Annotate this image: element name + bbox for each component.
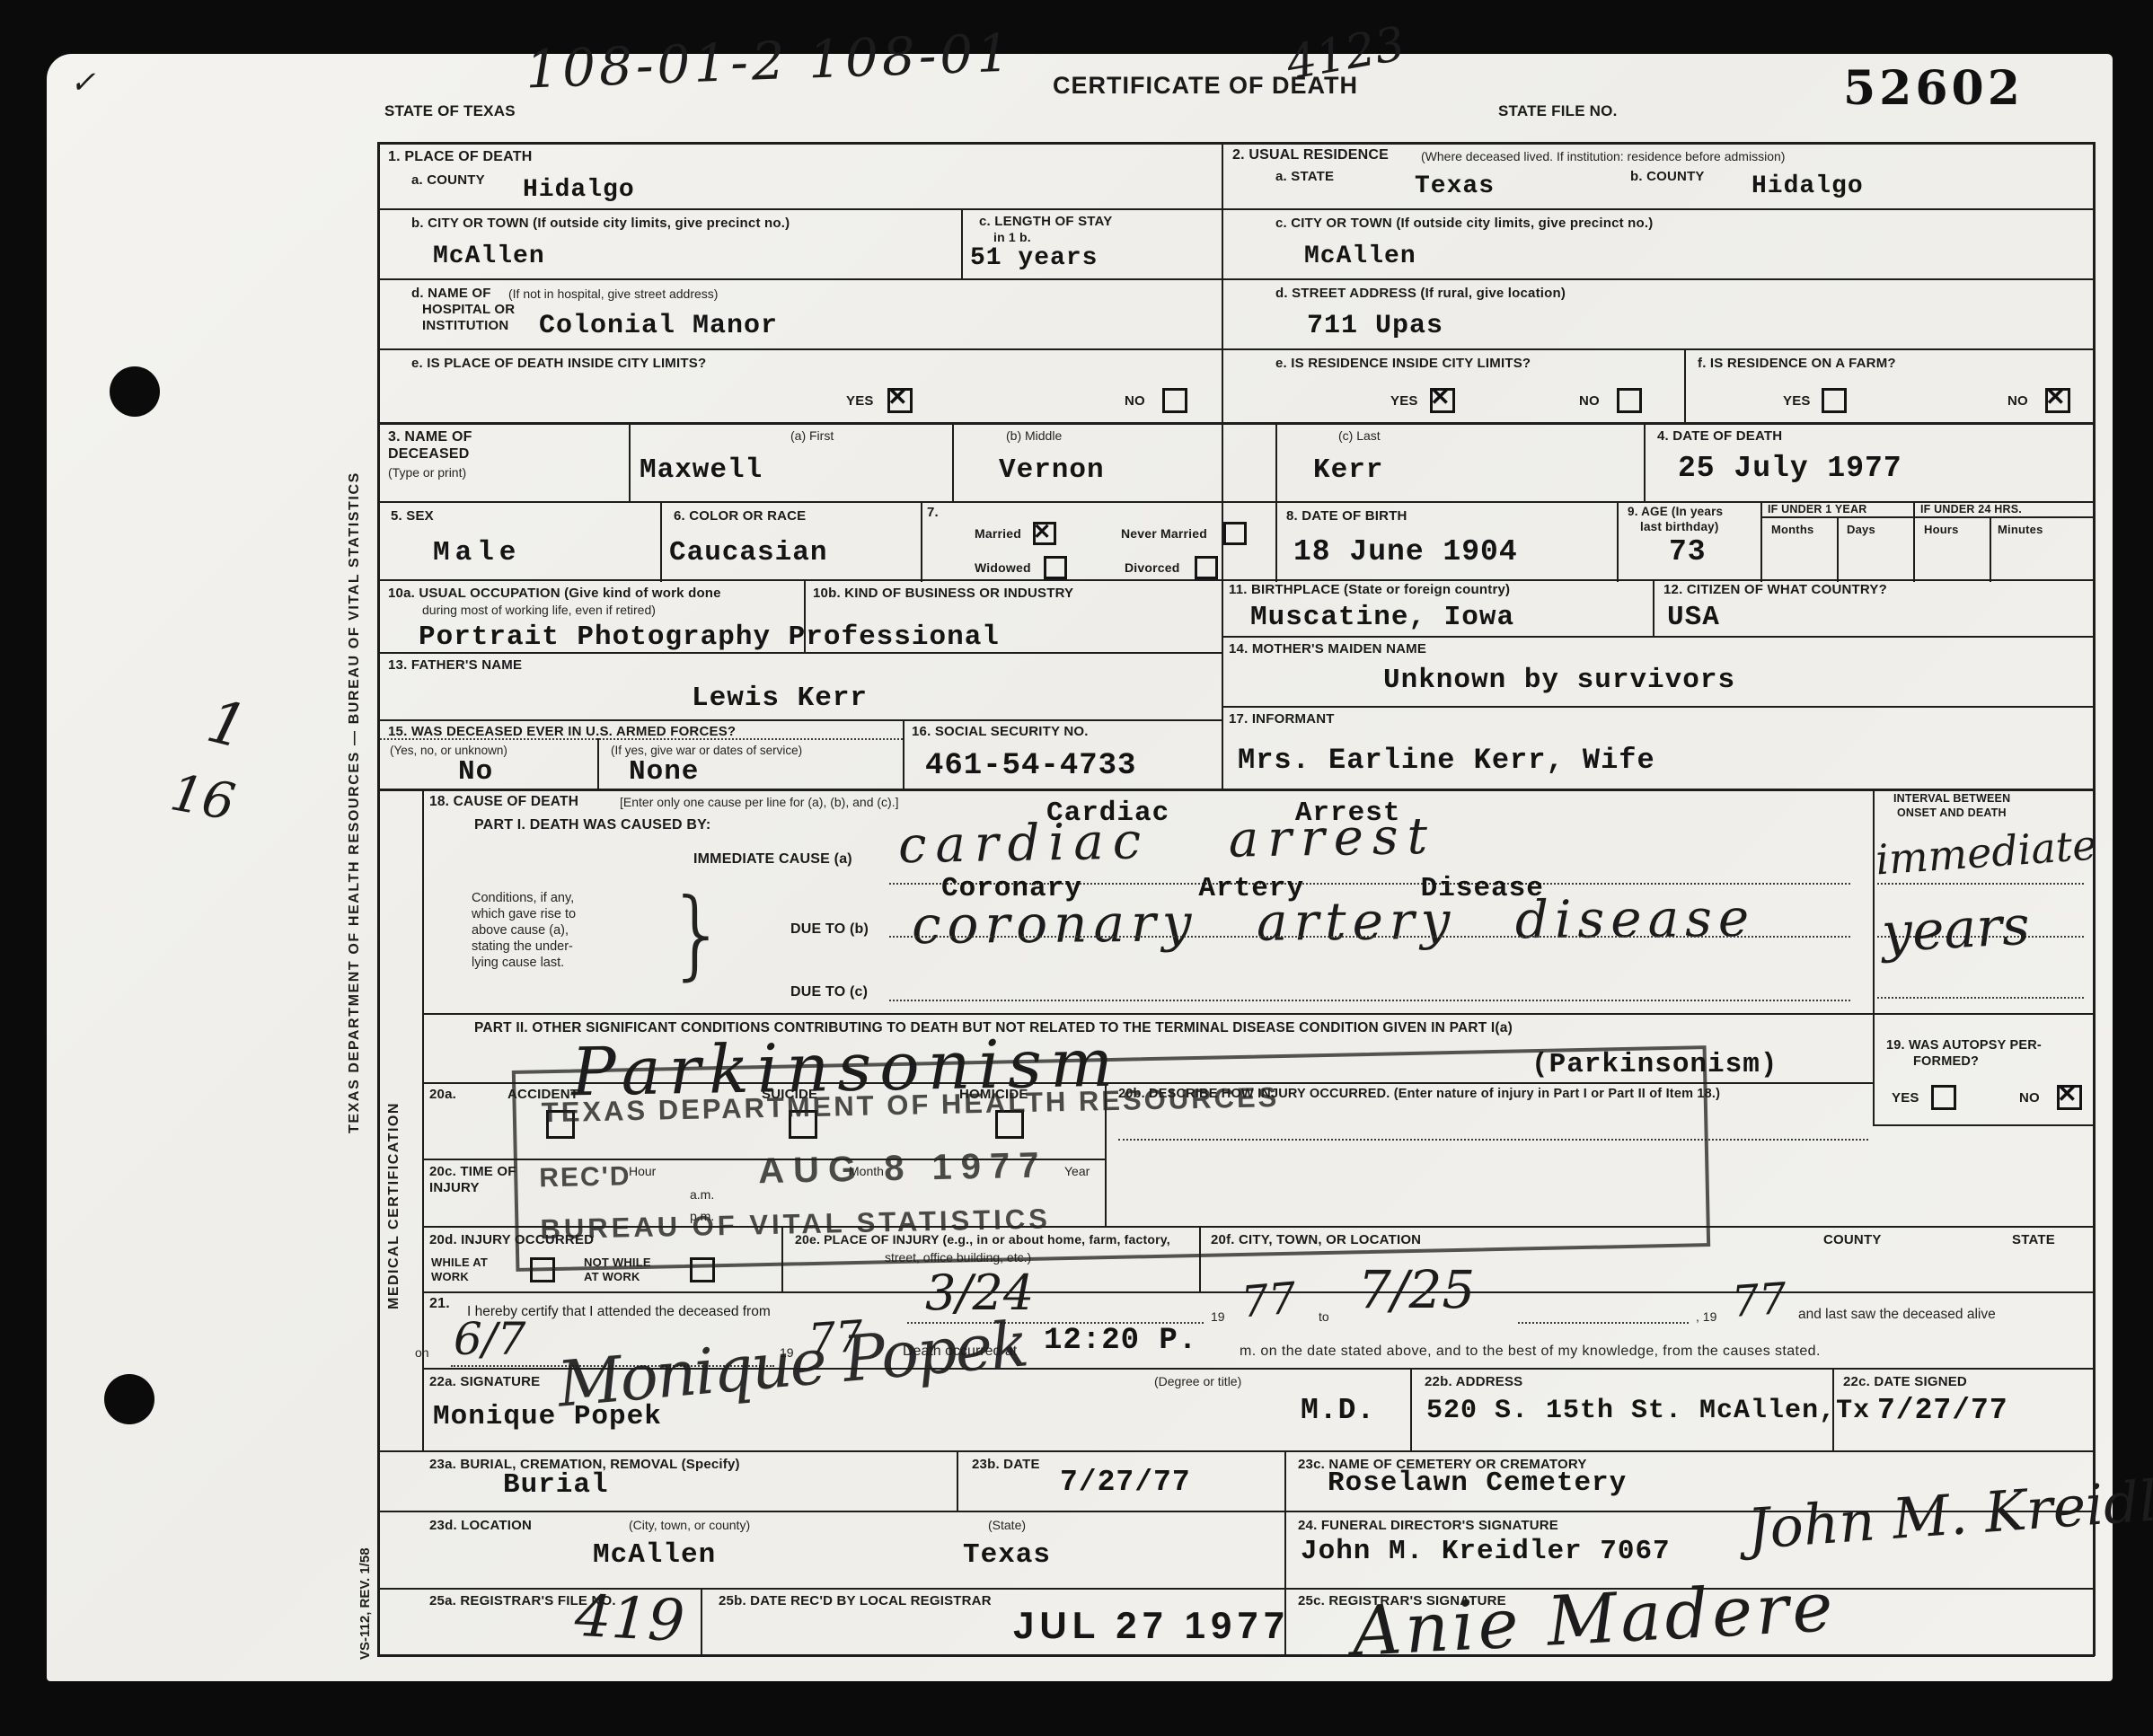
conditions-text-5: lying cause last.	[472, 956, 564, 970]
grid-line	[1837, 516, 1839, 582]
stamp-bureau-line: BUREAU OF VITAL STATISTICS	[540, 1203, 1051, 1246]
date-of-birth-value: 18 June 1904	[1293, 535, 1518, 568]
address-value: 520 S. 15th St. McAllen,Tx	[1426, 1396, 1870, 1426]
certify-19-label-1: 19	[1211, 1309, 1225, 1324]
checkbox-mark: ✕	[2057, 1080, 2078, 1108]
first-name-value: Maxwell	[640, 454, 763, 486]
residence-limits-yes-checkbox: ✕	[1430, 388, 1455, 413]
hospital-label: d. NAME OF	[411, 286, 491, 301]
degree-or-title-label: (Degree or title)	[1154, 1374, 1241, 1388]
part2-typed: (Parkinsonism)	[1531, 1049, 1778, 1080]
grid-line	[1222, 142, 1223, 790]
occupation-label-1: 10a. USUAL OCCUPATION (Give kind of work…	[388, 586, 721, 601]
industry-label: 10b. KIND OF BUSINESS OR INDUSTRY	[813, 586, 1073, 601]
writing-line-c-interval	[1877, 997, 2084, 999]
degree-value: M.D.	[1301, 1394, 1375, 1427]
residence-limits-no-label: NO	[1579, 393, 1600, 409]
funeral-director-label: 24. FUNERAL DIRECTOR'S SIGNATURE	[1298, 1518, 1558, 1533]
last-saw-text: and last saw the deceased alive	[1798, 1307, 1996, 1323]
last-name-value: Kerr	[1313, 454, 1383, 486]
conditions-text-4: stating the under-	[472, 939, 573, 954]
middle-name-label: (b) Middle	[1006, 428, 1062, 443]
farm-label: f. IS RESIDENCE ON A FARM?	[1698, 356, 1896, 371]
hospital-value: Colonial Manor	[539, 311, 778, 341]
birthplace-value: Muscatine, Iowa	[1250, 602, 1514, 633]
time-of-death-typed: 12:20 P.	[1044, 1324, 1197, 1358]
writing-line-c	[889, 1000, 1850, 1001]
burial-date-value: 7/27/77	[1060, 1466, 1191, 1499]
burial-date-label: 23b. DATE	[972, 1457, 1040, 1472]
hole-punch-bottom	[104, 1374, 154, 1424]
grid-line	[422, 1013, 2095, 1015]
burial-city-value: McAllen	[593, 1539, 716, 1571]
injury-county-label: COUNTY	[1823, 1232, 1882, 1247]
armed-forces-sub-1: (Yes, no, or unknown)	[390, 744, 507, 757]
agency-vertical-label: TEXAS DEPARTMENT OF HEALTH RESOURCES — B…	[347, 325, 363, 1133]
grid-line	[597, 738, 599, 789]
state-of-texas-label: STATE OF TEXAS	[384, 102, 516, 120]
margin-mark-16: 16	[166, 763, 239, 832]
place-limits-yes-label: YES	[846, 393, 874, 409]
age-label-2: last birthday)	[1640, 520, 1719, 533]
due-to-c-label: DUE TO (c)	[790, 984, 868, 1000]
grid-line	[1653, 579, 1654, 636]
farm-yes-label: YES	[1783, 393, 1811, 409]
interval-label-2: ONSET AND DEATH	[1897, 806, 2007, 819]
burial-location-label: 23d. LOCATION	[429, 1518, 532, 1533]
residence-limits-yes-label: YES	[1390, 393, 1418, 409]
name-label-1: 3. NAME OF	[388, 429, 472, 445]
grid-line	[1760, 501, 1762, 582]
part2-handwritten: Parkinsonism	[570, 1025, 1122, 1112]
grid-line	[629, 422, 631, 501]
grid-line	[377, 422, 2095, 425]
part1-label: PART I. DEATH WAS CAUSED BY:	[474, 817, 710, 833]
occupation-label-2: during most of working life, even if ret…	[422, 603, 656, 617]
grid-line	[660, 501, 662, 582]
while-at-work-label-2: WORK	[431, 1270, 469, 1283]
days-label: Days	[1847, 523, 1875, 536]
if-under-1-year-label: IF UNDER 1 YEAR	[1768, 503, 1866, 516]
place-limits-no-checkbox	[1162, 388, 1187, 413]
widowed-label: Widowed	[975, 560, 1031, 575]
grid-line	[1760, 516, 2095, 518]
scanned-death-certificate: ✓ 1 16 TEXAS DEPARTMENT OF HEALTH RESOUR…	[0, 0, 2153, 1736]
accident-section-label: 20a.	[429, 1087, 456, 1102]
grid-line	[1990, 516, 1991, 582]
interval-label-1: INTERVAL BETWEEN	[1893, 792, 2010, 805]
race-value: Caucasian	[669, 537, 827, 568]
year-2-handwritten: 77	[1730, 1273, 1788, 1327]
minutes-label: Minutes	[1998, 523, 2043, 536]
grid-line	[1275, 422, 1277, 582]
grid-line	[377, 348, 2095, 350]
hospital-label-2: HOSPITAL OR	[422, 302, 515, 317]
grid-line	[377, 1450, 2095, 1452]
last-saw-date-handwritten: 6/7	[454, 1313, 525, 1365]
burial-value: Burial	[503, 1469, 609, 1501]
while-at-work-label-1: WHILE AT	[431, 1256, 488, 1269]
age-label-1: 9. AGE (In years	[1628, 505, 1723, 518]
autopsy-label-1: 19. WAS AUTOPSY PER-	[1886, 1038, 2042, 1053]
attended-to-handwritten: 7/25	[1358, 1259, 1475, 1320]
injury-state-label: STATE	[2012, 1232, 2055, 1247]
middle-name-value: Vernon	[999, 454, 1105, 486]
farm-yes-checkbox	[1822, 388, 1847, 413]
due-to-b-label: DUE TO (b)	[790, 921, 869, 938]
checkbox-mark: ✕	[1033, 519, 1051, 545]
ssn-value: 461-54-4733	[925, 749, 1136, 783]
certify-text-2: m. on the date stated above, and to the …	[1240, 1344, 1821, 1360]
not-while-at-work-label-2: AT WORK	[584, 1270, 640, 1283]
divorced-label: Divorced	[1125, 560, 1180, 575]
grid-line	[961, 208, 963, 278]
first-name-label: (a) First	[790, 428, 834, 443]
grid-line	[1873, 1124, 2095, 1126]
stamp-date: AUG 8 1977	[758, 1145, 1048, 1192]
farm-no-checkbox: ✕	[2045, 388, 2070, 413]
certify-line-seg	[1518, 1322, 1689, 1324]
place-city-label: b. CITY OR TOWN (If outside city limits,…	[411, 216, 790, 231]
certify-to-label: to	[1319, 1309, 1329, 1324]
grid-line	[903, 719, 904, 789]
fathers-name-value: Lewis Kerr	[692, 683, 868, 714]
stamp-recd-label: REC'D	[539, 1161, 631, 1194]
cause-of-death-label-paren: [Enter only one cause per line for (a), …	[620, 795, 898, 809]
age-value: 73	[1669, 535, 1707, 568]
checkbox-mark: ✕	[1430, 383, 1451, 411]
certify-section-label: 21.	[429, 1296, 450, 1312]
if-under-24-hrs-label: IF UNDER 24 HRS.	[1920, 503, 2022, 516]
divorced-checkbox	[1195, 556, 1218, 579]
writing-line-b	[889, 936, 1850, 938]
married-label: Married	[975, 526, 1021, 541]
name-label-3: (Type or print)	[388, 465, 466, 480]
cause-a-handwritten: cardiac arrest	[897, 807, 1436, 875]
cemetery-value: Roselawn Cemetery	[1328, 1467, 1627, 1499]
autopsy-label-2: FORMED?	[1913, 1054, 1979, 1069]
never-married-label: Never Married	[1121, 526, 1207, 541]
date-signed-value: 7/27/77	[1877, 1394, 2008, 1427]
hours-label: Hours	[1924, 523, 1959, 536]
sex-value: Male	[433, 537, 521, 568]
armed-forces-answer: No	[458, 756, 493, 788]
usual-residence-title-paren: (Where deceased lived. If institution: r…	[1421, 149, 1785, 163]
time-of-injury-label-2: INJURY	[429, 1180, 480, 1195]
state-file-no-label: STATE FILE NO.	[1498, 102, 1618, 120]
citizen-value: USA	[1667, 602, 1720, 633]
farm-no-label: NO	[2007, 393, 2028, 409]
last-name-label: (c) Last	[1338, 428, 1381, 443]
medical-certification-vertical-label: MEDICAL CERTIFICATION	[386, 1013, 402, 1309]
date-recd-label: 25b. DATE REC'D BY LOCAL REGISTRAR	[719, 1593, 992, 1608]
residence-city-value: McAllen	[1304, 242, 1416, 270]
burial-location-sub-1: (City, town, or county)	[629, 1518, 750, 1532]
grid-line	[377, 1654, 2095, 1657]
informant-label: 17. INFORMANT	[1229, 711, 1335, 727]
months-label: Months	[1771, 523, 1813, 536]
interval-b-handwritten: years	[1880, 894, 2031, 965]
length-of-stay-sub-label: in 1 b.	[993, 230, 1031, 244]
certify-19-label-2: , 19	[1696, 1309, 1716, 1324]
grid-line	[377, 789, 2095, 791]
armed-forces-sub-2: (If yes, give war or dates of service)	[611, 744, 802, 757]
hospital-label-paren: (If not in hospital, give street address…	[508, 286, 718, 301]
immediate-cause-label: IMMEDIATE CAUSE (a)	[693, 851, 852, 868]
county-label: a. COUNTY	[411, 172, 485, 188]
marital-label: 7.	[927, 505, 939, 520]
certify-on-label: on	[415, 1345, 429, 1360]
grid-line	[1222, 706, 2095, 708]
street-address-value: 711 Upas	[1307, 311, 1443, 341]
length-of-stay-value: 51 years	[970, 244, 1098, 272]
widowed-checkbox	[1044, 556, 1067, 579]
ssn-label: 16. SOCIAL SECURITY NO.	[912, 724, 1089, 739]
date-recd-stamp: JUL 27 1977	[1013, 1604, 1290, 1647]
grid-line	[377, 719, 1222, 721]
grid-line	[1644, 422, 1646, 501]
conditions-brace: }	[666, 878, 728, 991]
fathers-name-label: 13. FATHER'S NAME	[388, 657, 522, 673]
checkbox-mark: ✕	[2045, 383, 2066, 411]
length-of-stay-label: c. LENGTH OF STAY	[979, 214, 1112, 229]
writing-line-a-interval	[1877, 883, 2084, 885]
registrar-file-no-handwritten: 419	[573, 1583, 686, 1655]
mothers-maiden-name-label: 14. MOTHER'S MAIDEN NAME	[1229, 641, 1426, 657]
year-1-handwritten: 77	[1240, 1273, 1299, 1327]
married-checkbox: ✕	[1033, 522, 1056, 545]
grid-line	[377, 278, 2095, 280]
grid-line	[952, 422, 954, 501]
place-limits-label: e. IS PLACE OF DEATH INSIDE CITY LIMITS?	[411, 356, 706, 371]
street-address-label: d. STREET ADDRESS (If rural, give locati…	[1275, 286, 1566, 301]
grid-line	[957, 1450, 958, 1511]
grid-line	[921, 501, 922, 582]
grid-line	[2093, 142, 2096, 1656]
place-of-death-title: 1. PLACE OF DEATH	[388, 149, 532, 165]
usual-residence-title: 2. USUAL RESIDENCE	[1232, 147, 1389, 163]
state-file-number: 52602	[1843, 61, 2024, 116]
grid-line	[377, 208, 2095, 210]
grid-line	[701, 1588, 702, 1654]
autopsy-no-checkbox: ✕	[2057, 1085, 2082, 1110]
hospital-label-3: INSTITUTION	[422, 318, 508, 333]
grid-line	[1913, 501, 1915, 582]
residence-state-value: Texas	[1415, 172, 1495, 200]
residence-limits-no-checkbox	[1617, 388, 1642, 413]
autopsy-yes-checkbox	[1931, 1085, 1956, 1110]
grid-line	[377, 142, 2095, 145]
occupation-value: Portrait Photography Professional	[419, 621, 1000, 653]
place-limits-no-label: NO	[1125, 393, 1145, 409]
burial-location-sub-2: (State)	[988, 1518, 1026, 1532]
conditions-text-1: Conditions, if any,	[472, 891, 574, 905]
mothers-maiden-name-value: Unknown by survivors	[1383, 665, 1735, 696]
place-city-value: McAllen	[433, 242, 545, 270]
address-label: 22b. ADDRESS	[1425, 1374, 1522, 1389]
grid-line	[1684, 348, 1686, 422]
cause-of-death-label: 18. CAUSE OF DEATH	[429, 794, 578, 810]
name-label-2: DECEASED	[388, 446, 470, 463]
signature-label: 22a. SIGNATURE	[429, 1374, 540, 1389]
residence-state-label: a. STATE	[1275, 169, 1334, 184]
time-of-injury-label-1: 20c. TIME OF	[429, 1164, 516, 1179]
informant-value: Mrs. Earline Kerr, Wife	[1238, 744, 1655, 777]
residence-county-label: b. COUNTY	[1630, 169, 1705, 184]
date-signed-label: 22c. DATE SIGNED	[1843, 1374, 1967, 1389]
sex-label: 5. SEX	[391, 508, 434, 524]
date-of-death-value: 25 July 1977	[1678, 452, 1902, 485]
date-of-death-label: 4. DATE OF DEATH	[1657, 428, 1782, 444]
grid-line	[1410, 1368, 1412, 1450]
burial-state-value: Texas	[963, 1539, 1051, 1571]
conditions-text-3: above cause (a),	[472, 923, 569, 938]
armed-forces-service: None	[629, 756, 699, 788]
hole-punch-top	[110, 366, 160, 417]
birthplace-label: 11. BIRTHPLACE (State or foreign country…	[1229, 582, 1510, 597]
autopsy-yes-label: YES	[1892, 1090, 1919, 1106]
form-code-vertical-label: VS-112, REV. 1/58	[357, 1467, 373, 1660]
race-label: 6. COLOR OR RACE	[674, 508, 806, 524]
date-of-birth-label: 8. DATE OF BIRTH	[1286, 508, 1407, 524]
place-county-value: Hidalgo	[523, 176, 635, 204]
checkbox-mark: ✕	[887, 383, 908, 411]
autopsy-no-label: NO	[2019, 1090, 2040, 1106]
grid-line	[1222, 636, 2095, 638]
never-married-checkbox	[1223, 522, 1247, 545]
armed-forces-label: 15. WAS DECEASED EVER IN U.S. ARMED FORC…	[388, 724, 736, 739]
grid-line	[1617, 501, 1619, 582]
cause-b-handwritten: coronary artery disease	[912, 887, 1756, 956]
conditions-text-2: which gave rise to	[472, 907, 576, 921]
grid-line	[377, 142, 380, 1656]
place-limits-yes-checkbox: ✕	[887, 388, 913, 413]
residence-limits-label: e. IS RESIDENCE INSIDE CITY LIMITS?	[1275, 356, 1531, 371]
funeral-director-typed: John M. Kreidler 7067	[1301, 1536, 1671, 1567]
residence-city-label: c. CITY OR TOWN (If outside city limits,…	[1275, 216, 1653, 231]
checkmark-annotation: ✓	[70, 65, 96, 101]
residence-county-value: Hidalgo	[1752, 172, 1864, 200]
citizen-label: 12. CITIZEN OF WHAT COUNTRY?	[1663, 582, 1887, 597]
